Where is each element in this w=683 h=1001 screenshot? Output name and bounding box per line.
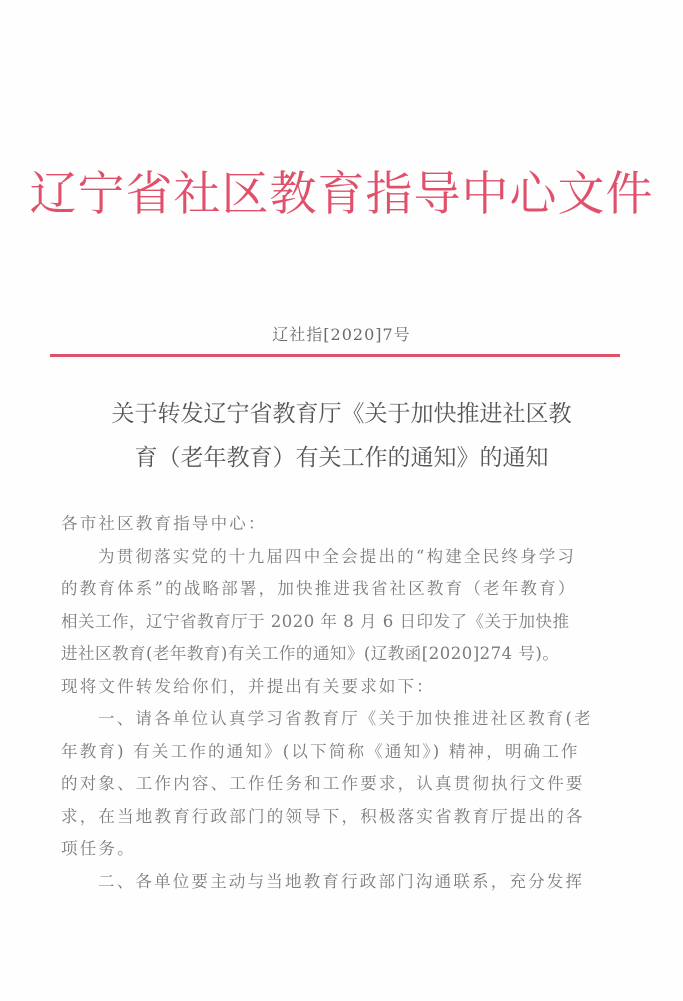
document-title: 关于转发辽宁省教育厅《关于加快推进社区教 育（老年教育）有关工作的通知》的通知 — [0, 392, 683, 480]
body-line: 年教育) 有关工作的通知》(以下简称《通知》) 精神，明确工作 — [61, 736, 621, 769]
title-line: 关于转发辽宁省教育厅《关于加快推进社区教 — [0, 392, 683, 436]
body-line: 相关工作，辽宁省教育厅于 2020 年 8 月 6 日印发了《关于加快推 — [61, 606, 621, 639]
body-line: 的教育体系”的战略部署，加快推进我省社区教育（老年教育） — [61, 573, 621, 606]
document-page: 辽宁省社区教育指导中心文件 辽社指[2020]7号 关于转发辽宁省教育厅《关于加… — [0, 0, 683, 1001]
body-line: 二、各单位要主动与当地教育行政部门沟通联系，充分发挥 — [61, 866, 621, 899]
body-line: 进社区教育(老年教育)有关工作的通知》(辽教函[2020]274 号)。 — [61, 638, 621, 671]
red-divider-rule — [50, 354, 620, 357]
body-line: 一、请各单位认真学习省教育厅《关于加快推进社区教育(老 — [61, 703, 621, 736]
body-line: 现将文件转发给你们，并提出有关要求如下： — [61, 671, 621, 704]
salutation: 各市社区教育指导中心： — [61, 508, 621, 541]
title-line: 育（老年教育）有关工作的通知》的通知 — [0, 436, 683, 480]
body-line: 的对象、工作内容、工作任务和工作要求，认真贯彻执行文件要 — [61, 768, 621, 801]
masthead-title: 辽宁省社区教育指导中心文件 — [0, 160, 683, 230]
body-line: 求，在当地教育行政部门的领导下，积极落实省教育厅提出的各 — [61, 801, 621, 834]
document-number: 辽社指[2020]7号 — [0, 322, 683, 348]
body-line: 项任务。 — [61, 833, 621, 866]
body-line: 为贯彻落实党的十九届四中全会提出的“构建全民终身学习 — [61, 541, 621, 574]
document-body: 各市社区教育指导中心： 为贯彻落实党的十九届四中全会提出的“构建全民终身学习 的… — [61, 508, 621, 898]
